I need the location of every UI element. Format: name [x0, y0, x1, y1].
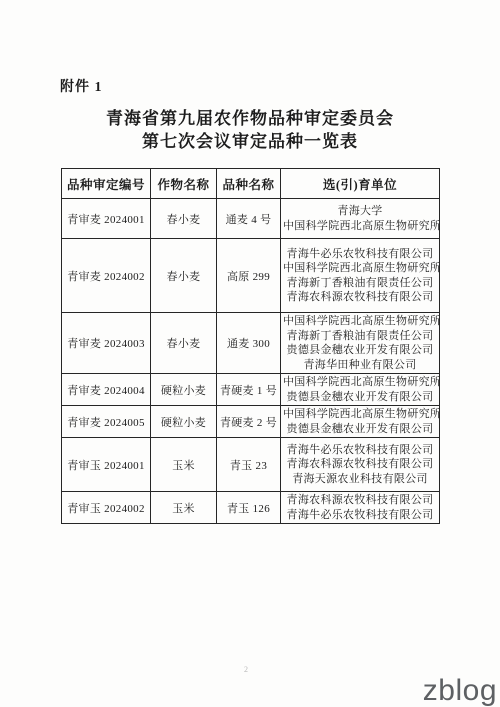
- cell-approval-id: 青审麦 2024001: [62, 199, 151, 239]
- watermark-text: zblog: [423, 674, 497, 707]
- cell-breeding-orgs: 青海大学中国科学院西北高原生物研究所: [281, 199, 440, 239]
- breeding-org-line: 中国科学院西北高原生物研究所: [283, 375, 437, 390]
- cell-variety-name: 高原 299: [217, 239, 281, 313]
- document-title-line2: 第七次会议审定品种一览表: [0, 130, 500, 153]
- column-header: 作物名称: [151, 169, 217, 199]
- cell-approval-id: 青审麦 2024005: [62, 406, 151, 438]
- cell-crop-name: 春小麦: [151, 199, 217, 239]
- cell-crop-name: 春小麦: [151, 313, 217, 374]
- cell-approval-id: 青审麦 2024004: [62, 374, 151, 406]
- cell-breeding-orgs: 青海牛必乐农牧科技有限公司中国科学院西北高原生物研究所青海新丁香粮油有限责任公司…: [281, 239, 440, 313]
- breeding-org-line: 青海农科源农牧科技有限公司: [283, 457, 437, 472]
- cell-variety-name: 青硬麦 2 号: [217, 406, 281, 438]
- cell-breeding-orgs: 中国科学院西北高原生物研究所青海新丁香粮油有限责任公司贵德县金穗农业开发有限公司…: [281, 313, 440, 374]
- table-header-row: 品种审定编号作物名称品种名称选(引)育单位: [62, 169, 440, 199]
- table-row: 青审麦 2024002春小麦高原 299青海牛必乐农牧科技有限公司中国科学院西北…: [62, 239, 440, 313]
- breeding-org-line: 青海大学: [283, 204, 437, 219]
- column-header: 选(引)育单位: [281, 169, 440, 199]
- attachment-label: 附件 1: [60, 76, 103, 96]
- variety-approval-table: 品种审定编号作物名称品种名称选(引)育单位 青审麦 2024001春小麦通麦 4…: [61, 168, 440, 524]
- cell-breeding-orgs: 中国科学院西北高原生物研究所贵德县金穗农业开发有限公司: [281, 374, 440, 406]
- cell-breeding-orgs: 中国科学院西北高原生物研究所贵德县金穗农业开发有限公司: [281, 406, 440, 438]
- column-header: 品种名称: [217, 169, 281, 199]
- cell-variety-name: 通麦 300: [217, 313, 281, 374]
- cell-approval-id: 青审麦 2024003: [62, 313, 151, 374]
- document-title: 青海省第九届农作物品种审定委员会 第七次会议审定品种一览表: [0, 107, 500, 153]
- table-row: 青审麦 2024004硬粒小麦青硬麦 1 号中国科学院西北高原生物研究所贵德县金…: [62, 374, 440, 406]
- table-row: 青审玉 2024002玉米青玉 126青海农科源农牧科技有限公司青海牛必乐农牧科…: [62, 492, 440, 524]
- breeding-org-line: 贵德县金穗农业开发有限公司: [283, 390, 437, 405]
- table-row: 青审玉 2024001玉米青玉 23青海牛必乐农牧科技有限公司青海农科源农牧科技…: [62, 438, 440, 492]
- breeding-org-line: 中国科学院西北高原生物研究所: [283, 219, 437, 234]
- document-title-line1: 青海省第九届农作物品种审定委员会: [0, 107, 500, 130]
- cell-variety-name: 青硬麦 1 号: [217, 374, 281, 406]
- table-row: 青审麦 2024003春小麦通麦 300中国科学院西北高原生物研究所青海新丁香粮…: [62, 313, 440, 374]
- document-page: 附件 1 青海省第九届农作物品种审定委员会 第七次会议审定品种一览表 品种审定编…: [0, 0, 500, 707]
- breeding-org-line: 青海牛必乐农牧科技有限公司: [283, 443, 437, 458]
- cell-approval-id: 青审玉 2024001: [62, 438, 151, 492]
- breeding-org-line: 青海农科源农牧科技有限公司: [283, 290, 437, 305]
- cell-crop-name: 硬粒小麦: [151, 374, 217, 406]
- table-row: 青审麦 2024005硬粒小麦青硬麦 2 号中国科学院西北高原生物研究所贵德县金…: [62, 406, 440, 438]
- cell-approval-id: 青审麦 2024002: [62, 239, 151, 313]
- cell-crop-name: 玉米: [151, 438, 217, 492]
- cell-variety-name: 青玉 23: [217, 438, 281, 492]
- page-number: 2: [244, 665, 248, 674]
- breeding-org-line: 中国科学院西北高原生物研究所: [283, 314, 437, 329]
- cell-variety-name: 通麦 4 号: [217, 199, 281, 239]
- cell-crop-name: 春小麦: [151, 239, 217, 313]
- breeding-org-line: 青海牛必乐农牧科技有限公司: [283, 247, 437, 262]
- table-body: 青审麦 2024001春小麦通麦 4 号青海大学中国科学院西北高原生物研究所青审…: [62, 199, 440, 524]
- breeding-org-line: 中国科学院西北高原生物研究所: [283, 407, 437, 422]
- breeding-org-line: 贵德县金穗农业开发有限公司: [283, 343, 437, 358]
- cell-approval-id: 青审玉 2024002: [62, 492, 151, 524]
- table-row: 青审麦 2024001春小麦通麦 4 号青海大学中国科学院西北高原生物研究所: [62, 199, 440, 239]
- cell-crop-name: 玉米: [151, 492, 217, 524]
- breeding-org-line: 中国科学院西北高原生物研究所: [283, 261, 437, 276]
- column-header: 品种审定编号: [62, 169, 151, 199]
- breeding-org-line: 青海华田种业有限公司: [283, 358, 437, 373]
- breeding-org-line: 贵德县金穗农业开发有限公司: [283, 422, 437, 437]
- breeding-org-line: 青海新丁香粮油有限责任公司: [283, 329, 437, 344]
- cell-breeding-orgs: 青海牛必乐农牧科技有限公司青海农科源农牧科技有限公司青海天源农业科技有限公司: [281, 438, 440, 492]
- cell-crop-name: 硬粒小麦: [151, 406, 217, 438]
- cell-breeding-orgs: 青海农科源农牧科技有限公司青海牛必乐农牧科技有限公司: [281, 492, 440, 524]
- breeding-org-line: 青海农科源农牧科技有限公司: [283, 493, 437, 508]
- cell-variety-name: 青玉 126: [217, 492, 281, 524]
- breeding-org-line: 青海新丁香粮油有限责任公司: [283, 276, 437, 291]
- breeding-org-line: 青海天源农业科技有限公司: [283, 472, 437, 487]
- breeding-org-line: 青海牛必乐农牧科技有限公司: [283, 508, 437, 523]
